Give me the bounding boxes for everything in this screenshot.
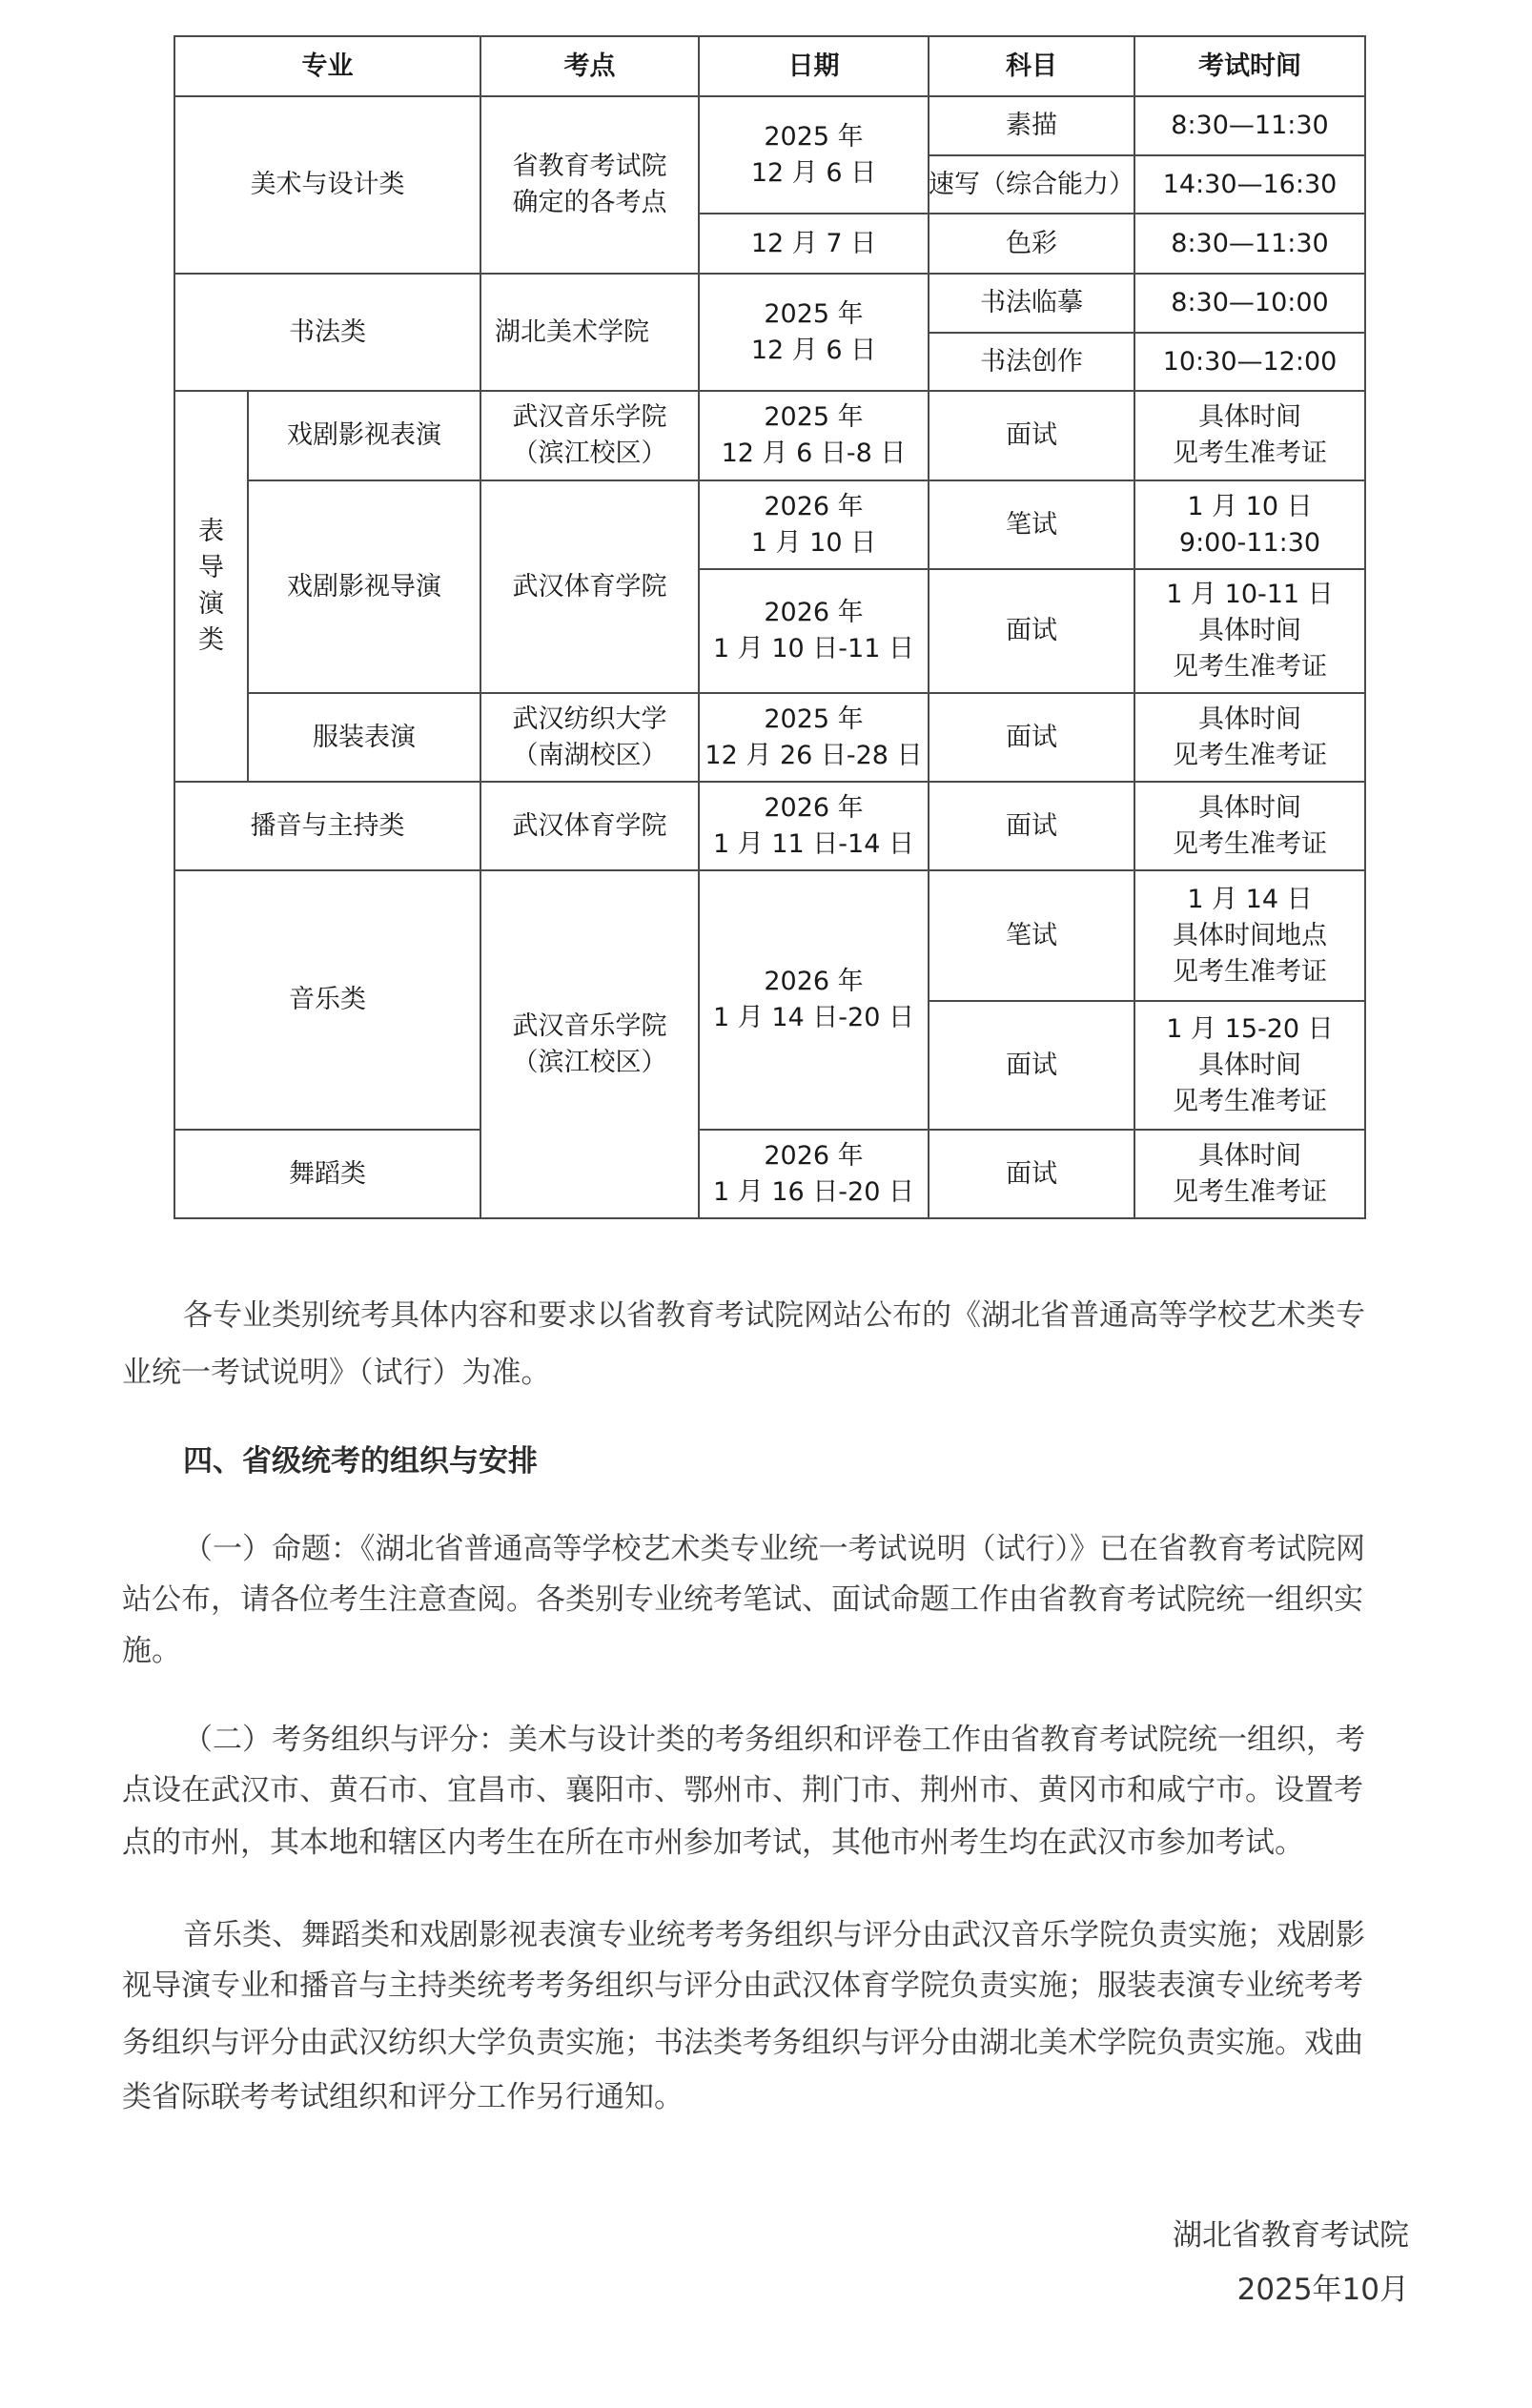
cell-text: 10:30—12:00 bbox=[1163, 344, 1338, 380]
cell-text: （滨江校区） bbox=[513, 1045, 667, 1081]
text-line: 视导演专业和播音与主持类统考考务组织与评分由武汉体育学院负责实施；服装表演专业统… bbox=[122, 1960, 1419, 2011]
cell-text: 武汉纺织大学 bbox=[513, 702, 667, 738]
cell-text: 2025 年 bbox=[764, 399, 863, 436]
subject-copying: 书法临摹 bbox=[928, 273, 1135, 334]
text-line: 点的市州，其本地和辖区内考生在所在市州参加考试，其他市州考生均在武汉市参加考试。 bbox=[122, 1817, 1419, 1868]
time-music-written: 1 月 14 日 具体时间地点 见考生准考证 bbox=[1134, 869, 1366, 1002]
major-calligraphy: 书法类 bbox=[174, 273, 481, 392]
cell-text: 12 月 6 日 bbox=[751, 155, 876, 192]
header-label: 专业 bbox=[302, 49, 354, 85]
cell-text: 演 bbox=[198, 586, 224, 622]
major-art-design: 美术与设计类 bbox=[174, 95, 481, 275]
signature-date: 2025年10月 bbox=[1237, 2264, 1409, 2316]
subject-directing-written: 笔试 bbox=[928, 480, 1135, 570]
cell-text: 8:30—11:30 bbox=[1171, 226, 1328, 262]
cell-text: 笔试 bbox=[1006, 507, 1057, 543]
exam-schedule-table: 专业 考点 日期 科目 考试时间 美术与设计类 省教育考试院 确定的各考点 20… bbox=[0, 0, 1532, 1239]
venue-broadcasting: 武汉体育学院 bbox=[480, 781, 700, 871]
date-broadcasting: 2026 年 1 月 11 日-14 日 bbox=[698, 781, 929, 871]
time-creation: 10:30—12:00 bbox=[1134, 332, 1366, 392]
text-line: （一）命题：《湖北省普通高等学校艺术类专业统一考试说明（试行）》已在省教育考试院… bbox=[122, 1523, 1480, 1575]
date-art-dec6: 2025 年 12 月 6 日 bbox=[698, 95, 929, 214]
date-directing-written: 2026 年 1 月 10 日 bbox=[698, 480, 929, 570]
cell-text: 具体时间 bbox=[1198, 399, 1301, 436]
cell-text: （滨江校区） bbox=[513, 436, 667, 472]
time-directing-interview: 1 月 10-11 日 具体时间 见考生准考证 bbox=[1134, 568, 1366, 694]
text-line: 类省际联考考试组织和评分工作另行通知。 bbox=[122, 2071, 1419, 2123]
header-label: 日期 bbox=[788, 49, 840, 85]
cell-text: 省教育考试院 bbox=[513, 149, 667, 185]
subject-drama-acting: 面试 bbox=[928, 390, 1135, 481]
cell-text: 戏剧影视导演 bbox=[287, 569, 441, 605]
cell-text: 2025 年 bbox=[764, 296, 863, 333]
cell-text: 2025 年 bbox=[764, 702, 863, 738]
cell-text: 2026 年 bbox=[764, 790, 863, 826]
subject-music-interview: 面试 bbox=[928, 1000, 1135, 1131]
venue-music-dance: 武汉音乐学院 （滨江校区） bbox=[480, 869, 700, 1219]
cell-text: 12 月 6 日-8 日 bbox=[722, 436, 907, 472]
cell-text: 具体时间地点 bbox=[1173, 918, 1327, 954]
subject-creation: 书法创作 bbox=[928, 332, 1135, 392]
cell-text: 14:30—16:30 bbox=[1163, 167, 1338, 203]
subject-directing-interview: 面试 bbox=[928, 568, 1135, 694]
time-quick-sketch: 14:30—16:30 bbox=[1134, 154, 1366, 214]
section-heading: 四、省级统考的组织与安排 bbox=[122, 1436, 1480, 1487]
time-music-interview: 1 月 15-20 日 具体时间 见考生准考证 bbox=[1134, 1000, 1366, 1131]
cell-text: 书法创作 bbox=[980, 344, 1083, 380]
cell-text: 12 月 6 日 bbox=[751, 333, 876, 369]
header-major: 专业 bbox=[174, 35, 481, 97]
cell-text: 武汉音乐学院 bbox=[513, 399, 667, 436]
cell-text: 导 bbox=[198, 550, 224, 586]
subject-music-written: 笔试 bbox=[928, 869, 1135, 1002]
venue-drama-directing: 武汉体育学院 bbox=[480, 480, 700, 694]
cell-text: 速写（综合能力） bbox=[929, 167, 1134, 203]
time-drama-acting: 具体时间 见考生准考证 bbox=[1134, 390, 1366, 481]
cell-text: 1 月 14 日-20 日 bbox=[713, 1000, 914, 1036]
date-calligraphy: 2025 年 12 月 6 日 bbox=[698, 273, 929, 392]
cell-text: 面试 bbox=[1006, 720, 1057, 756]
cell-text: 色彩 bbox=[1006, 226, 1057, 262]
cell-text: 具体时间 bbox=[1198, 613, 1301, 649]
cell-text: 具体时间 bbox=[1198, 790, 1301, 826]
cell-text: 面试 bbox=[1006, 808, 1057, 845]
cell-text: 武汉体育学院 bbox=[513, 808, 667, 845]
cell-text: 12 月 26 日-28 日 bbox=[705, 738, 922, 774]
cell-text: 面试 bbox=[1006, 613, 1057, 649]
cell-text: 表 bbox=[198, 514, 224, 550]
cell-text: 武汉体育学院 bbox=[513, 569, 667, 605]
subject-dance: 面试 bbox=[928, 1129, 1135, 1219]
header-label: 考试时间 bbox=[1198, 49, 1301, 85]
cell-text: 湖北美术学院 bbox=[495, 315, 649, 351]
cell-text: 8:30—11:30 bbox=[1171, 108, 1328, 144]
cell-text: 播音与主持类 bbox=[251, 808, 405, 845]
cell-text: 1 月 16 日-20 日 bbox=[713, 1174, 914, 1211]
cell-text: 见考生准考证 bbox=[1173, 826, 1327, 863]
cell-text: 确定的各考点 bbox=[513, 185, 667, 221]
cell-text: 1 月 10 日-11 日 bbox=[713, 631, 914, 667]
header-label: 科目 bbox=[1006, 49, 1057, 85]
cell-text: 服装表演 bbox=[313, 720, 416, 756]
time-fashion: 具体时间 见考生准考证 bbox=[1134, 692, 1366, 783]
venue-art-design: 省教育考试院 确定的各考点 bbox=[480, 95, 700, 275]
cell-text: 具体时间 bbox=[1198, 1138, 1301, 1174]
text-line: （二）考务组织与评分：美术与设计类的考务组织和评卷工作由省教育考试院统一组织，考 bbox=[122, 1714, 1480, 1765]
cell-text: 9:00-11:30 bbox=[1179, 525, 1320, 561]
venue-fashion: 武汉纺织大学 （南湖校区） bbox=[480, 692, 700, 783]
cell-text: 2025 年 bbox=[764, 119, 863, 155]
date-music: 2026 年 1 月 14 日-20 日 bbox=[698, 869, 929, 1131]
cell-text: 2026 年 bbox=[764, 489, 863, 525]
cell-text: 2026 年 bbox=[764, 964, 863, 1000]
cell-text: 音乐类 bbox=[289, 982, 366, 1018]
cell-text: 素描 bbox=[1006, 108, 1057, 144]
subject-broadcasting: 面试 bbox=[928, 781, 1135, 871]
header-time: 考试时间 bbox=[1134, 35, 1366, 97]
cell-text: 面试 bbox=[1006, 1048, 1057, 1084]
cell-text: 见考生准考证 bbox=[1173, 649, 1327, 685]
date-fashion: 2025 年 12 月 26 日-28 日 bbox=[698, 692, 929, 783]
cell-text: 1 月 10 日 bbox=[751, 525, 876, 561]
cell-text: 面试 bbox=[1006, 1156, 1057, 1193]
text-line: 点设在武汉市、黄石市、宜昌市、襄阳市、鄂州市、荆门市、荆州市、黄冈市和咸宁市。设… bbox=[122, 1765, 1419, 1816]
venue-drama-acting: 武汉音乐学院 （滨江校区） bbox=[480, 390, 700, 481]
time-copying: 8:30—10:00 bbox=[1134, 273, 1366, 334]
venue-calligraphy: 湖北美术学院 bbox=[480, 273, 700, 392]
date-directing-interview: 2026 年 1 月 10 日-11 日 bbox=[698, 568, 929, 694]
cell-text: 1 月 15-20 日 bbox=[1166, 1011, 1333, 1048]
cell-text: 笔试 bbox=[1006, 918, 1057, 954]
cell-text: 12 月 7 日 bbox=[751, 226, 876, 262]
cell-text: 见考生准考证 bbox=[1173, 1174, 1327, 1211]
major-broadcasting: 播音与主持类 bbox=[174, 781, 481, 871]
time-directing-written: 1 月 10 日 9:00-11:30 bbox=[1134, 480, 1366, 570]
cell-text: 面试 bbox=[1006, 418, 1057, 454]
cell-text: 2026 年 bbox=[764, 595, 863, 631]
subject-color: 色彩 bbox=[928, 213, 1135, 275]
header-subject: 科目 bbox=[928, 35, 1135, 97]
text-line: 务组织与评分由武汉纺织大学负责实施；书法类考务组织与评分由湖北美术学院负责实施。… bbox=[122, 2017, 1419, 2069]
major-group-performance-directing: 表 导 演 类 bbox=[174, 390, 249, 783]
cell-text: 具体时间 bbox=[1198, 1048, 1301, 1084]
date-drama-acting: 2025 年 12 月 6 日-8 日 bbox=[698, 390, 929, 481]
time-broadcasting: 具体时间 见考生准考证 bbox=[1134, 781, 1366, 871]
cell-text: 美术与设计类 bbox=[251, 167, 405, 203]
time-dance: 具体时间 见考生准考证 bbox=[1134, 1129, 1366, 1219]
cell-text: 1 月 10 日 bbox=[1187, 489, 1312, 525]
major-drama-acting: 戏剧影视表演 bbox=[247, 390, 481, 481]
cell-text: 8:30—10:00 bbox=[1171, 285, 1328, 321]
cell-text: 1 月 10-11 日 bbox=[1166, 577, 1333, 613]
major-dance: 舞蹈类 bbox=[174, 1129, 481, 1219]
header-label: 考点 bbox=[564, 49, 616, 85]
major-fashion: 服装表演 bbox=[247, 692, 481, 783]
cell-text: 见考生准考证 bbox=[1173, 954, 1327, 990]
cell-text: 书法类 bbox=[289, 315, 366, 351]
subject-fashion: 面试 bbox=[928, 692, 1135, 783]
date-art-dec7: 12 月 7 日 bbox=[698, 213, 929, 275]
cell-text: 1 月 11 日-14 日 bbox=[713, 826, 914, 863]
text-line: 音乐类、舞蹈类和戏剧影视表演专业统考考务组织与评分由武汉音乐学院负责实施；戏剧影 bbox=[122, 1909, 1480, 1961]
date-dance: 2026 年 1 月 16 日-20 日 bbox=[698, 1129, 929, 1219]
cell-text: 2026 年 bbox=[764, 1138, 863, 1174]
text-line: 施。 bbox=[122, 1625, 1419, 1677]
cell-text: 1 月 14 日 bbox=[1187, 882, 1312, 918]
cell-text: 见考生准考证 bbox=[1173, 738, 1327, 774]
cell-text: （南湖校区） bbox=[513, 738, 667, 774]
major-drama-directing: 戏剧影视导演 bbox=[247, 480, 481, 694]
cell-text: 戏剧影视表演 bbox=[287, 418, 441, 454]
subject-quick-sketch: 速写（综合能力） bbox=[928, 154, 1135, 214]
major-music: 音乐类 bbox=[174, 869, 481, 1131]
header-date: 日期 bbox=[698, 35, 929, 97]
text-line: 站公布，请各位考生注意查阅。各类别专业统考笔试、面试命题工作由省教育考试院统一组… bbox=[122, 1574, 1419, 1625]
cell-text: 具体时间 bbox=[1198, 702, 1301, 738]
cell-text: 见考生准考证 bbox=[1173, 436, 1327, 472]
cell-text: 书法临摹 bbox=[980, 285, 1083, 321]
cell-text: 舞蹈类 bbox=[289, 1156, 366, 1193]
signature-organization: 湖北省教育考试院 bbox=[1173, 2210, 1409, 2261]
time-color: 8:30—11:30 bbox=[1134, 213, 1366, 275]
cell-text: 类 bbox=[198, 622, 224, 659]
subject-sketch: 素描 bbox=[928, 95, 1135, 156]
cell-text: 武汉音乐学院 bbox=[513, 1009, 667, 1045]
header-venue: 考点 bbox=[480, 35, 700, 97]
text-line: 业统一考试说明》（试行）为准。 bbox=[122, 1347, 1419, 1398]
time-sketch: 8:30—11:30 bbox=[1134, 95, 1366, 156]
cell-text: 见考生准考证 bbox=[1173, 1084, 1327, 1120]
text-line: 各专业类别统考具体内容和要求以省教育考试院网站公布的《湖北省普通高等学校艺术类专 bbox=[122, 1290, 1480, 1341]
